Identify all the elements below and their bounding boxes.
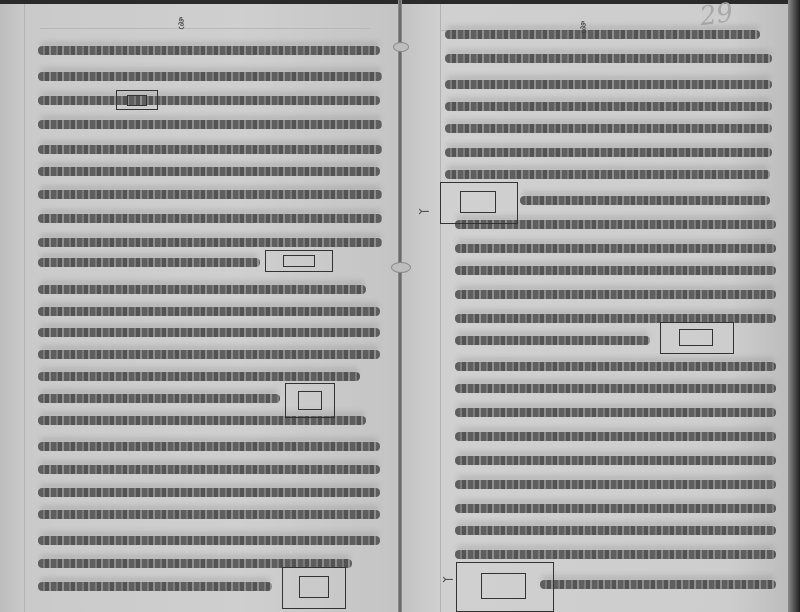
- binding-stitch: [393, 42, 409, 52]
- handwritten-text-line: [38, 167, 380, 176]
- handwritten-text-line: [445, 54, 772, 63]
- right-page: శ్రీ 29: [400, 4, 790, 612]
- handwritten-text-line: [445, 170, 770, 179]
- handwritten-text-line: [38, 510, 380, 519]
- handwritten-text-line: [455, 336, 650, 345]
- pointer-mark-icon: ⤚: [442, 572, 454, 588]
- handwritten-text-line: [38, 394, 280, 403]
- handwritten-text-line: [38, 190, 382, 199]
- handwritten-text-line: [38, 238, 382, 247]
- yantra-inner-box: [481, 573, 526, 599]
- yantra-diagram: [282, 567, 346, 609]
- manuscript-spread: శ్రీ శ్రీ 29 ⤚ ⤚: [0, 0, 800, 612]
- handwritten-text-line: [455, 244, 776, 253]
- handwritten-text-line: [38, 442, 380, 451]
- yantra-diagram: [660, 322, 734, 354]
- handwritten-text-line: [445, 30, 760, 39]
- handwritten-text-line: [455, 456, 776, 465]
- yantra-inner-box: [679, 329, 713, 346]
- page-number: 29: [698, 0, 735, 32]
- yantra-diagram: [285, 383, 335, 418]
- yantra-diagram: [265, 250, 333, 272]
- handwritten-text-line: [38, 350, 380, 359]
- yantra-diagram: [116, 90, 158, 110]
- handwritten-text-line: [455, 408, 776, 417]
- handwritten-text-line: [38, 465, 380, 474]
- yantra-inner-box: [298, 391, 322, 410]
- handwritten-text-line: [38, 46, 380, 55]
- handwritten-text-line: [38, 214, 382, 223]
- handwritten-text-line: [520, 196, 770, 205]
- handwritten-text-line: [455, 550, 776, 559]
- handwritten-text-line: [455, 384, 776, 393]
- left-page-header: శ్రీ: [178, 16, 185, 32]
- binding-stitch: [391, 262, 411, 273]
- handwritten-text-line: [38, 307, 380, 316]
- handwritten-text-line: [38, 536, 380, 545]
- handwritten-text-line: [38, 285, 366, 294]
- left-page-margin: [24, 4, 25, 612]
- page-edge-shadow: [788, 0, 800, 612]
- handwritten-text-line: [445, 124, 772, 133]
- handwritten-text-line: [455, 290, 776, 299]
- yantra-inner-box: [460, 191, 496, 213]
- handwritten-text-line: [38, 372, 360, 381]
- handwritten-text-line: [455, 504, 776, 513]
- handwritten-text-line: [455, 432, 776, 441]
- handwritten-text-line: [445, 148, 772, 157]
- handwritten-text-line: [455, 526, 776, 535]
- handwritten-text-line: [38, 145, 382, 154]
- yantra-inner-box: [299, 576, 329, 598]
- handwritten-text-line: [445, 102, 772, 111]
- handwritten-text-line: [540, 580, 776, 589]
- yantra-inner-box: [127, 95, 147, 106]
- pointer-mark-icon: ⤚: [418, 204, 430, 220]
- handwritten-text-line: [455, 362, 776, 371]
- left-page: శ్రీ: [0, 4, 400, 612]
- book-gutter: [398, 0, 402, 612]
- yantra-inner-box: [283, 255, 315, 267]
- handwritten-text-line: [38, 258, 260, 267]
- handwritten-text-line: [455, 266, 776, 275]
- handwritten-text-line: [38, 72, 382, 81]
- handwritten-text-line: [38, 120, 382, 129]
- handwritten-text-line: [455, 480, 776, 489]
- handwritten-text-line: [38, 582, 272, 591]
- yantra-diagram: [456, 562, 554, 612]
- handwritten-text-line: [445, 80, 772, 89]
- handwritten-text-line: [38, 96, 380, 105]
- yantra-diagram: [440, 182, 518, 224]
- handwritten-text-line: [38, 488, 380, 497]
- handwritten-text-line: [38, 328, 380, 337]
- right-page-margin: [440, 4, 441, 612]
- left-header-rule: [40, 28, 370, 29]
